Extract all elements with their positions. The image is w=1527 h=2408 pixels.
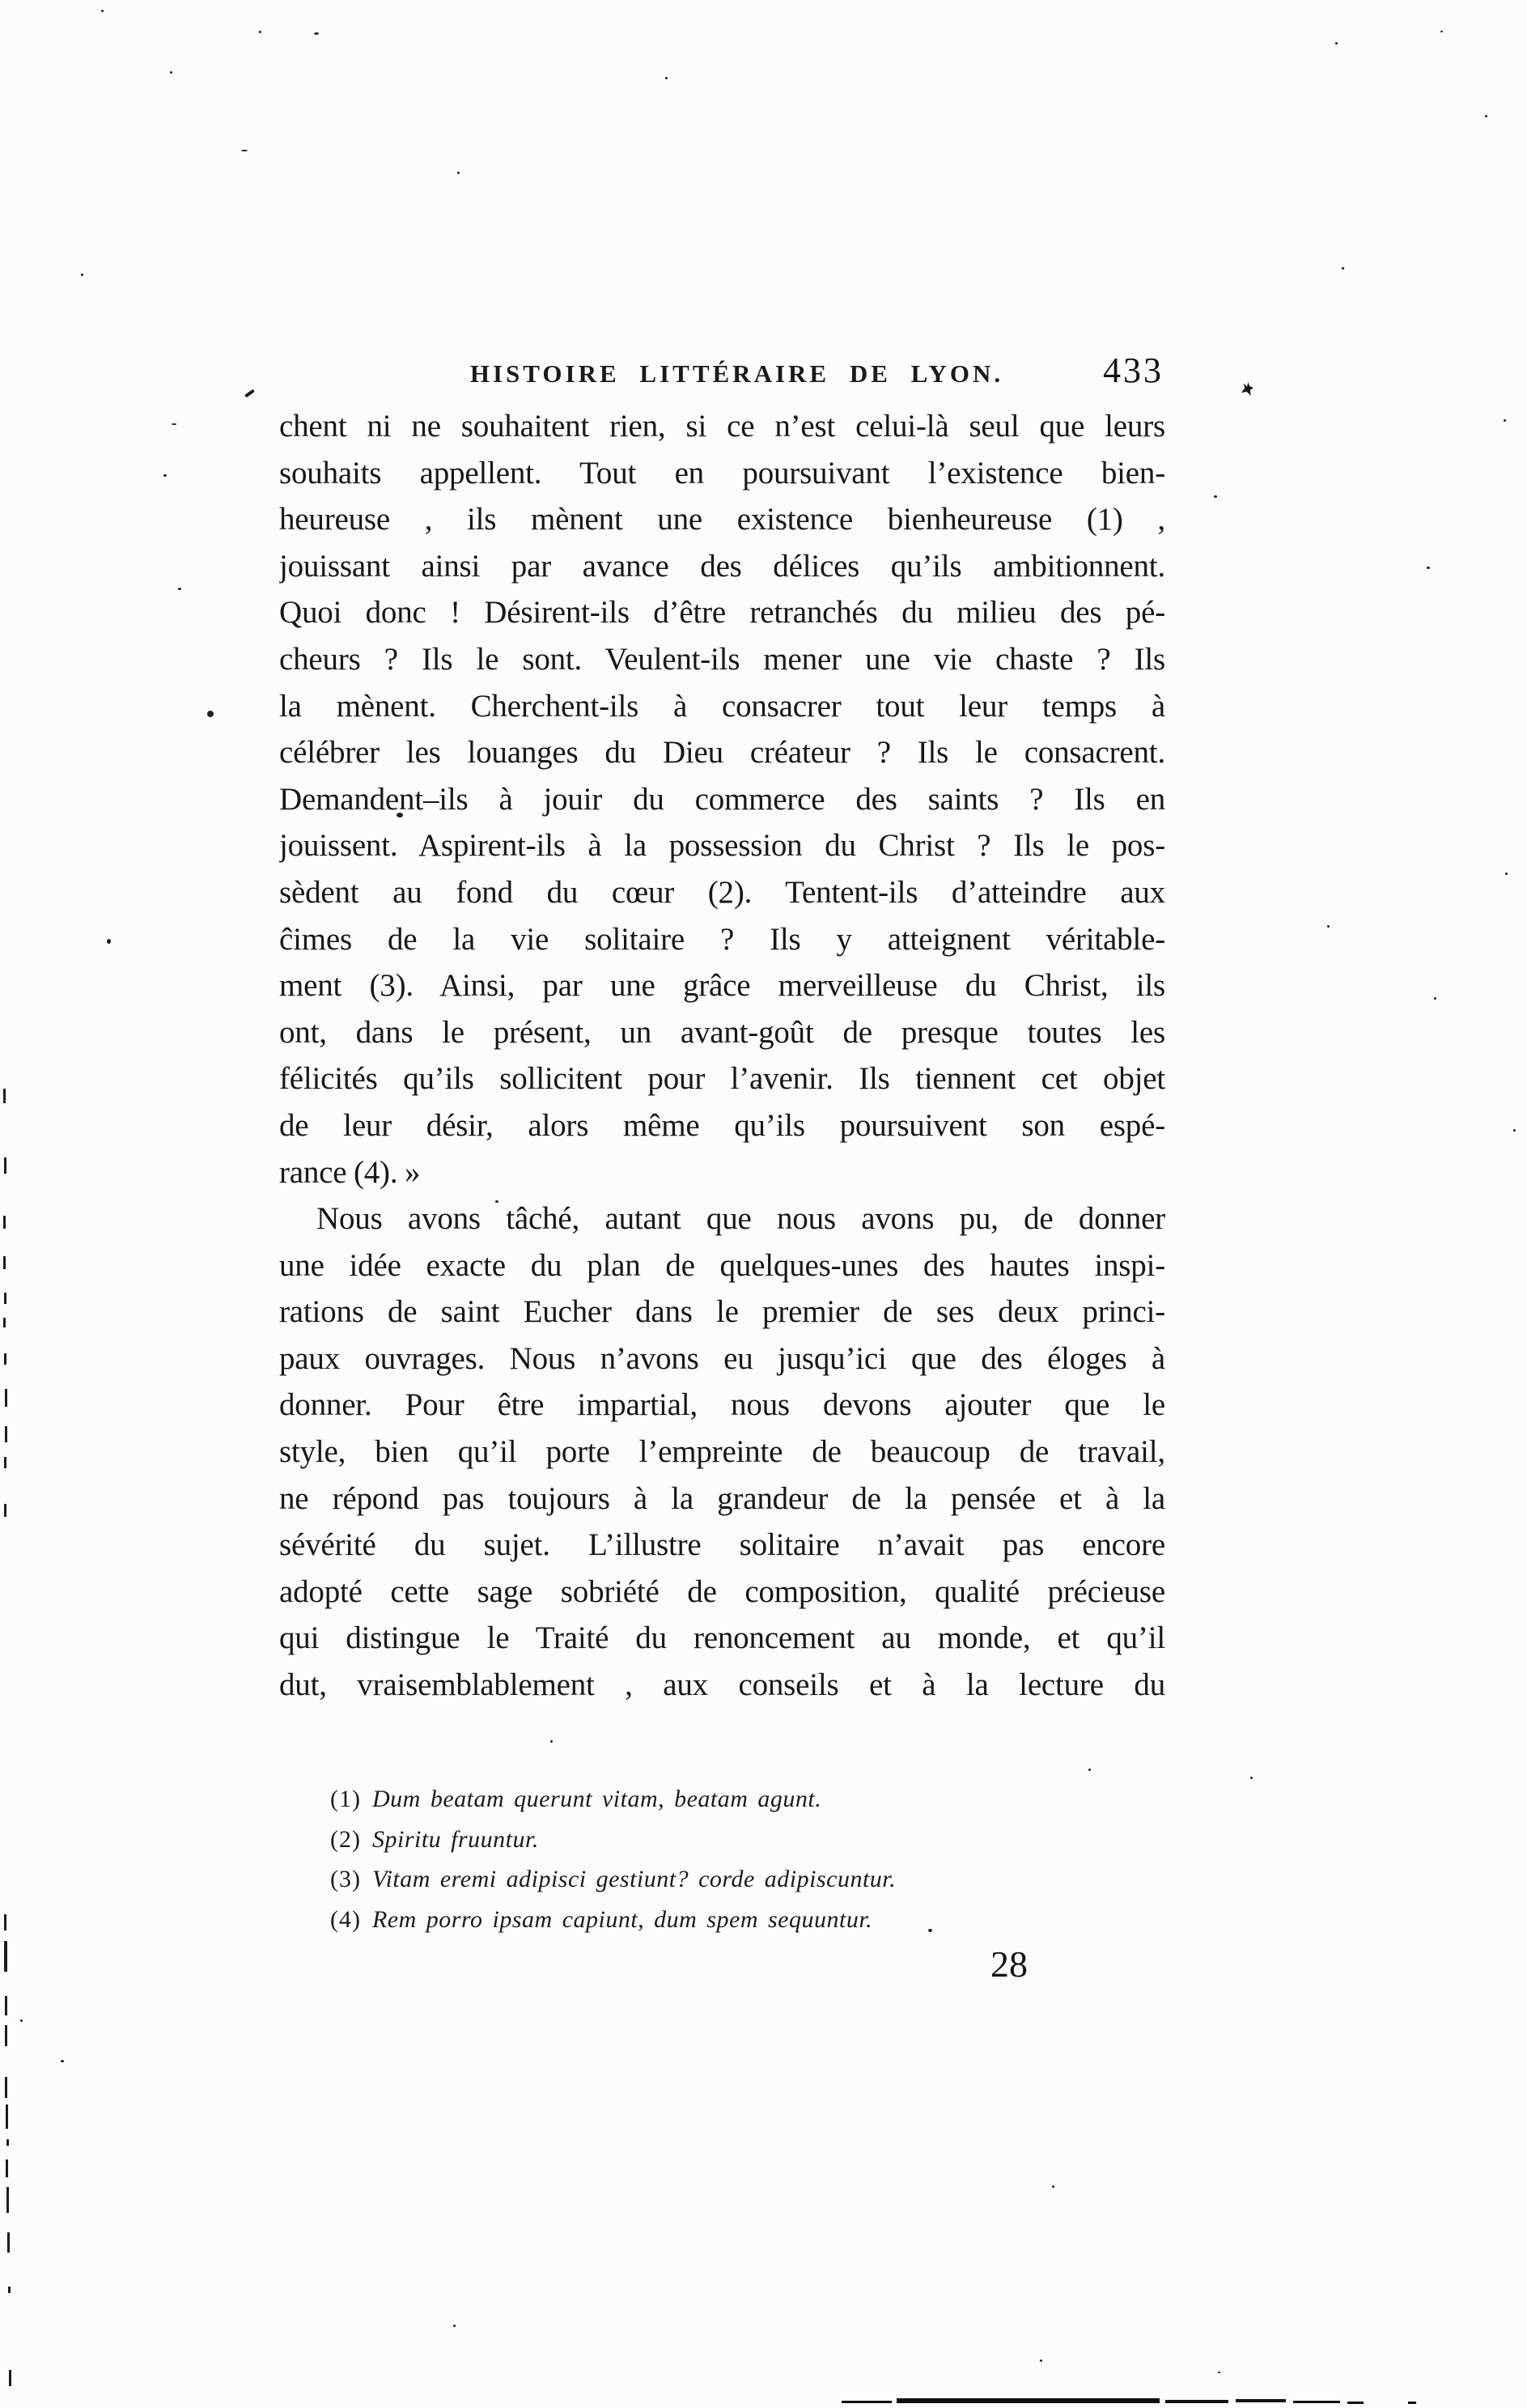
binding-tick [3, 1089, 6, 1103]
footnote-text: Rem porro ipsam capiunt, dum spem sequun… [372, 1906, 872, 1933]
scan-speck [107, 939, 111, 944]
scan-speck [81, 274, 83, 276]
scan-speck [453, 2325, 456, 2327]
scan-speck [1485, 115, 1487, 117]
binding-tick [7, 2232, 10, 2253]
scan-speck [314, 32, 319, 35]
scan-speck [1335, 42, 1338, 45]
scan-speck [1513, 1129, 1516, 1132]
binding-tick [6, 2160, 8, 2177]
bottom-scan-line [1236, 2399, 1286, 2402]
scan-speck [207, 711, 214, 717]
binding-tick [6, 2187, 9, 2213]
binding-tick [5, 1389, 7, 1407]
paragraph: Nous avons tâché, autant que nous avons … [279, 1196, 1165, 1709]
binding-tick [3, 1256, 6, 1269]
scan-speck [178, 588, 181, 590]
scan-speck [1052, 2185, 1054, 2188]
text-line: jouissent. Aspirent-ils à la possession … [279, 822, 1165, 869]
binding-tick [5, 1996, 7, 2015]
binding-tick [4, 1293, 6, 1304]
text-line: sèdent au fond du cœur (2). Tentent-ils … [279, 869, 1165, 916]
bottom-scan-line [1165, 2400, 1228, 2403]
text-line: ne répond pas toujours à la grandeur de … [279, 1476, 1165, 1523]
text-line: paux ouvrages. Nous n’avons eu jusqu’ici… [279, 1336, 1165, 1382]
text-line: chent ni ne souhaitent rien, si ce n’est… [279, 403, 1165, 450]
bottom-scan-line [1408, 2402, 1416, 2404]
scan-speck [1040, 2359, 1042, 2362]
text-line: félicités qu’ils sollicitent pour l’aven… [279, 1055, 1165, 1102]
binding-tick [5, 2025, 7, 2046]
page-number: 433 [1103, 353, 1164, 389]
text-line: adopté cette sage sobriété de compositio… [279, 1569, 1165, 1616]
scan-speck [495, 1200, 498, 1203]
text-line: Demandent–ils à jouir du commerce des sa… [279, 776, 1165, 823]
binding-tick [4, 1941, 7, 1972]
text-line: sévérité du sujet. L’illustre solitaire … [279, 1522, 1165, 1569]
scan-speck [1342, 267, 1344, 270]
footnote-marker: (4) [330, 1906, 361, 1933]
text-line: ont, dans le présent, un avant-goût de p… [279, 1009, 1165, 1056]
scan-speck [1434, 997, 1436, 1000]
scan-speck [241, 150, 248, 151]
text-line: rations de saint Eucher dans le premier … [279, 1289, 1165, 1336]
bottom-scan-line [897, 2398, 1160, 2403]
scan-speck [1427, 567, 1430, 569]
binding-tick [4, 1157, 6, 1174]
text-line: une idée exacte du plan de quelques-unes… [279, 1242, 1165, 1289]
scan-speck [170, 71, 172, 74]
scanned-book-page: HISTOIRE LITTÉRAIRE DE LYON. 433 chent n… [0, 0, 1527, 2408]
binding-tick [3, 1216, 6, 1229]
scan-speck [665, 77, 668, 79]
body-text: chent ni ne souhaitent rien, si ce n’est… [279, 403, 1165, 1709]
text-line: donner. Pour être impartial, nous devons… [279, 1382, 1165, 1429]
scan-speck [1218, 2372, 1220, 2373]
text-line: cheurs ? Ils le sont. Veulent-ils mener … [279, 636, 1165, 683]
footnote-line: (1)Dum beatam querunt vitam, beatam agun… [330, 1779, 1139, 1820]
scan-speck [163, 474, 167, 477]
bottom-scan-line [1347, 2402, 1364, 2404]
footnotes: (1)Dum beatam querunt vitam, beatam agun… [330, 1779, 1139, 1939]
scan-speck [101, 10, 104, 12]
text-line: la mènent. Cherchent-ils à consacrer tou… [279, 683, 1165, 730]
footnote-marker: (1) [330, 1786, 361, 1812]
text-line: dut, vraisemblablement , aux conseils et… [279, 1662, 1165, 1709]
scan-speck [1440, 31, 1443, 32]
scan-speck [20, 2019, 23, 2022]
text-line: souhaits appellent. Tout en poursuivant … [279, 450, 1165, 497]
footnote-marker: (3) [330, 1866, 361, 1892]
text-line: Nous avons tâché, autant que nous avons … [279, 1196, 1165, 1242]
scan-speck [172, 423, 176, 425]
text-line: Quoi donc ! Désirent-ils d’être retranch… [279, 589, 1165, 636]
binding-tick [4, 1353, 6, 1365]
running-title: HISTOIRE LITTÉRAIRE DE LYON. [470, 359, 1003, 389]
binding-tick [4, 1914, 6, 1930]
ink-blot [1241, 382, 1253, 396]
scan-speck [1250, 1777, 1253, 1779]
text-line: heureuse , ils mènent une existence bien… [279, 496, 1165, 543]
scan-speck [1327, 925, 1330, 928]
binding-tick [5, 2077, 7, 2098]
text-line: ment (3). Ainsi, par une grâce merveille… [279, 962, 1165, 1009]
footnote-line: (3)Vitam eremi adipisci gestiunt? corde … [330, 1859, 1139, 1900]
paragraph: chent ni ne souhaitent rien, si ce n’est… [279, 403, 1165, 1196]
binding-tick [4, 1504, 6, 1517]
scan-speck [1214, 495, 1217, 498]
scan-speck [1504, 419, 1506, 422]
bottom-scan-line [842, 2401, 892, 2403]
page-header: HISTOIRE LITTÉRAIRE DE LYON. 433 [279, 353, 1165, 405]
binding-tick [6, 2104, 8, 2129]
footnote-line: (4)Rem porro ipsam capiunt, dum spem seq… [330, 1900, 1139, 1940]
scan-speck [1088, 1769, 1091, 1771]
scan-speck [61, 2060, 64, 2062]
text-line: rance (4). » [279, 1149, 1165, 1196]
text-line: ĉimes de la vie solitaire ? Ils y atteig… [279, 916, 1165, 963]
text-line: célébrer les louanges du Dieu créateur ?… [279, 729, 1165, 776]
scan-speck [259, 31, 261, 33]
footnote-text: Spiritu fruuntur. [372, 1826, 539, 1853]
scan-speck [397, 813, 403, 818]
binding-tick [8, 2287, 11, 2293]
footnote-text: Dum beatam querunt vitam, beatam agunt. [372, 1786, 821, 1812]
ink-stroke [244, 389, 255, 398]
binding-tick [4, 1457, 6, 1468]
text-line: de leur désir, alors même qu’ils poursui… [279, 1102, 1165, 1149]
scan-speck [457, 172, 460, 174]
binding-tick [3, 1318, 6, 1327]
binding-tick [9, 2370, 11, 2386]
signature-mark: 28 [990, 1946, 1028, 1983]
footnote-line: (2)Spiritu fruuntur. [330, 1820, 1139, 1860]
text-line: qui distingue le Traité du renoncement a… [279, 1615, 1165, 1662]
scan-speck [757, 1085, 760, 1086]
footnote-text: Vitam eremi adipisci gestiunt? corde adi… [372, 1866, 896, 1892]
scan-speck [1505, 873, 1508, 875]
footnote-marker: (2) [330, 1826, 361, 1853]
binding-tick [5, 1426, 7, 1442]
scan-speck [550, 1740, 553, 1743]
binding-tick [6, 2139, 9, 2146]
text-line: jouissant ainsi par avance des délices q… [279, 543, 1165, 590]
text-line: style, bien qu’il porte l’empreinte de b… [279, 1429, 1165, 1476]
bottom-scan-line [1293, 2401, 1340, 2403]
scan-speck [928, 1929, 932, 1932]
